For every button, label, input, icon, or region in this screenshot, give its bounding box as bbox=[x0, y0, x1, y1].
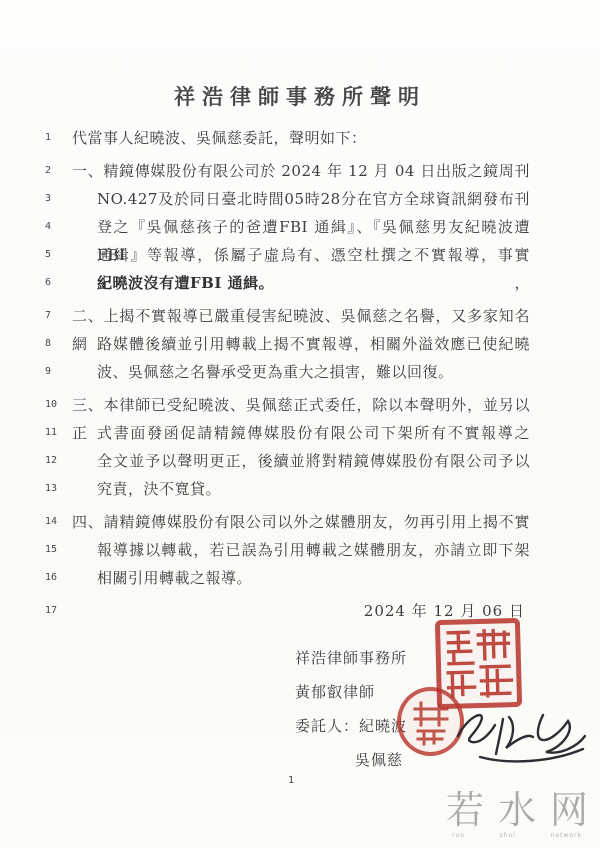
watermark-subword: ruo bbox=[452, 832, 465, 839]
document-title: 祥浩律師事務所聲明 bbox=[0, 0, 600, 110]
line-number: 12 bbox=[45, 447, 63, 475]
watermark-subword: shui bbox=[500, 832, 516, 839]
line-number: 5 bbox=[45, 241, 63, 269]
line-text: 波、吳佩慈之名譽承受更為重大之損害，難以回復。 bbox=[97, 358, 530, 386]
page-number: 1 bbox=[288, 775, 294, 786]
statement-line: 4 登之『吳佩慈孩子的爸遭FBI 通緝』、『吳佩慈男友紀曉波遭FBI bbox=[0, 213, 600, 241]
statement-line: 9 波、吳佩慈之名譽承受更為重大之損害，難以回復。 bbox=[0, 358, 600, 386]
line-text: 相關引用轉載之報導。 bbox=[97, 564, 530, 592]
line-number: 9 bbox=[45, 358, 63, 386]
statement-body: 1 代當事人紀曉波、吳佩慈委託，聲明如下： 2 一、精鏡傳媒股份有限公司於 20… bbox=[0, 124, 600, 592]
statement-line: 13 究責，決不寬貸。 bbox=[0, 475, 600, 503]
line-number: 14 bbox=[45, 508, 63, 536]
line-text: 式書面發函促請精鏡傳媒股份有限公司下架所有不實報導之 bbox=[97, 419, 530, 447]
statement-line: 3 NO.427及於同日臺北時間05時28分在官方全球資訊網發布刊 bbox=[0, 185, 600, 213]
line-text: 代當事人紀曉波、吳佩慈委託，聲明如下： bbox=[72, 124, 530, 152]
line-number: 4 bbox=[45, 213, 63, 241]
statement-line: 5 通緝』等報導，係屬子虛烏有、憑空杜撰之不實報導，事實上， bbox=[0, 241, 600, 269]
line-number: 17 bbox=[45, 597, 63, 625]
line-text: NO.427及於同日臺北時間05時28分在官方全球資訊網發布刊 bbox=[97, 185, 530, 213]
line-number: 6 bbox=[45, 269, 63, 297]
line-number: 1 bbox=[45, 124, 63, 152]
statement-line: 7 二、上揭不實報導已嚴重侵害紀曉波、吳佩慈之名譽，又多家知名網 bbox=[0, 302, 600, 330]
statement-line: 12 全文並予以聲明更正，後續並將對精鏡傳媒股份有限公司予以 bbox=[0, 447, 600, 475]
line-number: 2 bbox=[45, 157, 63, 185]
line-text: 路媒體後續並引用轉載上揭不實報導，相關外溢效應已使紀曉 bbox=[97, 330, 530, 358]
line-number: 16 bbox=[45, 564, 63, 592]
statement-line: 10 三、本律師已受紀曉波、吳佩慈正式委任，除以本聲明外，並另以正 bbox=[0, 391, 600, 419]
statement-line: 6 紀曉波沒有遭FBI 通緝。 bbox=[0, 269, 600, 297]
statement-line: 11 式書面發函促請精鏡傳媒股份有限公司下架所有不實報導之 bbox=[0, 419, 600, 447]
statement-line: 8 路媒體後續並引用轉載上揭不實報導，相關外溢效應已使紀曉 bbox=[0, 330, 600, 358]
watermark: 若水网 ruo shui network bbox=[446, 790, 588, 839]
line-text: 四、請精鏡傳媒股份有限公司以外之媒體朋友，勿再引用上揭不實 bbox=[72, 508, 530, 536]
document-page: 祥浩律師事務所聲明 1 代當事人紀曉波、吳佩慈委託，聲明如下： 2 一、精鏡傳媒… bbox=[0, 0, 600, 848]
handwritten-signature bbox=[450, 696, 592, 768]
watermark-text: 若水网 bbox=[446, 790, 600, 830]
line-text: 全文並予以聲明更正，後續並將對精鏡傳媒股份有限公司予以 bbox=[97, 447, 530, 475]
statement-line: 16 相關引用轉載之報導。 bbox=[0, 564, 600, 592]
line-number: 3 bbox=[45, 185, 63, 213]
line-number: 7 bbox=[45, 302, 63, 330]
watermark-subword: network bbox=[551, 832, 582, 839]
statement-line: 14 四、請精鏡傳媒股份有限公司以外之媒體朋友，勿再引用上揭不實 bbox=[0, 508, 600, 536]
statement-line: 15 報導據以轉載，若已誤為引用轉載之媒體朋友，亦請立即下架 bbox=[0, 536, 600, 564]
line-number: 13 bbox=[45, 475, 63, 503]
statement-line: 2 一、精鏡傳媒股份有限公司於 2024 年 12 月 04 日出版之鏡周刊 bbox=[0, 157, 600, 185]
statement-line: 1 代當事人紀曉波、吳佩慈委託，聲明如下： bbox=[0, 124, 600, 152]
line-number: 15 bbox=[45, 536, 63, 564]
line-text: 一、精鏡傳媒股份有限公司於 2024 年 12 月 04 日出版之鏡周刊 bbox=[72, 157, 530, 185]
line-text: 紀曉波沒有遭FBI 通緝。 bbox=[97, 269, 530, 297]
line-text: 究責，決不寬貸。 bbox=[97, 475, 530, 503]
line-number: 10 bbox=[45, 391, 63, 419]
line-number: 8 bbox=[45, 330, 63, 358]
line-number: 11 bbox=[45, 419, 63, 447]
line-text: 報導據以轉載，若已誤為引用轉載之媒體朋友，亦請立即下架 bbox=[97, 536, 530, 564]
